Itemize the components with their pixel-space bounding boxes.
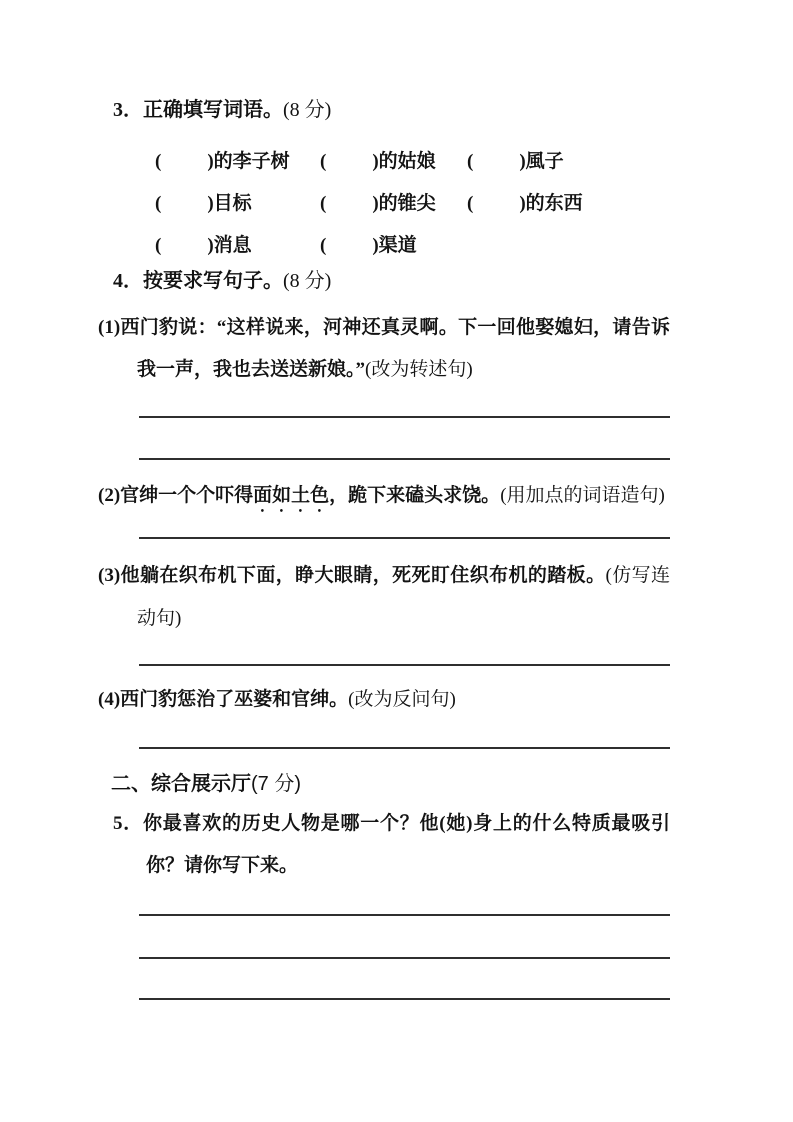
question-5-line1: 5．你最喜欢的历史人物是哪一个？他(她)身上的什么特质最吸引	[113, 811, 670, 837]
section-2-heading: 二、综合展示厅(7 分)	[111, 771, 301, 797]
sentence-text: (4)西门豹惩治了巫婆和官绅。	[98, 689, 348, 710]
paren-open: (	[467, 193, 473, 214]
sentence-text: (1)西门豹说：“这样说来，河神还真灵啊。下一回他娶媳妇，请告诉	[98, 317, 670, 338]
answer-blank-line	[139, 537, 670, 539]
fill-blank-cell: ()的李子树	[155, 149, 290, 175]
question-4-heading: 4．按要求写句子。(8 分)	[113, 268, 331, 294]
instruction-note: 动句)	[137, 608, 181, 629]
answer-blank-line	[139, 747, 670, 749]
fill-label: )渠道	[372, 235, 416, 256]
paren-open: (	[320, 193, 326, 214]
fill-blank-cell: ()風子	[467, 149, 564, 175]
fill-label: )的李子树	[207, 151, 289, 172]
q4-item3-line1: (3)他躺在织布机下面，睁大眼睛，死死盯住织布机的踏板。(仿写连	[98, 563, 670, 589]
fill-blank-cell: ()的姑娘	[320, 149, 436, 175]
paren-open: (	[467, 151, 473, 172]
sentence-text: (3)他躺在织布机下面，睁大眼睛，死死盯住织布机的踏板。	[98, 565, 605, 586]
paren-open: (	[155, 151, 161, 172]
question-5-number: 5．	[113, 813, 143, 834]
paren-open: (	[320, 151, 326, 172]
sentence-text: ，跪下来磕头求饶。	[329, 485, 500, 506]
q4-item3-line2: 动句)	[137, 606, 181, 632]
question-3-heading: 3．正确填写词语。(8 分)	[113, 97, 331, 123]
question-4-score: (8 分)	[283, 270, 331, 292]
answer-blank-line	[139, 957, 670, 959]
fill-label: )的姑娘	[372, 151, 435, 172]
sentence-text: 我一声，我也去送送新娘。”	[137, 359, 365, 380]
paren-open: (	[155, 193, 161, 214]
question-3-number: 3．	[113, 99, 143, 121]
fill-blank-cell: ()的锥尖	[320, 191, 436, 217]
question-3-title: 正确填写词语。	[143, 99, 283, 121]
fill-blank-cell: ()的东西	[467, 191, 583, 217]
answer-blank-line	[139, 914, 670, 916]
fill-blank-cell: ()目标	[155, 191, 252, 217]
section-2-title: 综合展示厅	[151, 773, 251, 795]
answer-blank-line	[139, 416, 670, 418]
instruction-note: (仿写连	[605, 565, 670, 586]
instruction-note: (改为转述句)	[365, 359, 473, 380]
fill-blank-cell: ()渠道	[320, 233, 417, 259]
emphasized-words: 面如土色	[253, 485, 329, 506]
fill-label: )風子	[519, 151, 563, 172]
question-4-number: 4．	[113, 270, 143, 292]
q4-item1-line2: 我一声，我也去送送新娘。”(改为转述句)	[137, 357, 473, 383]
question-4-title: 按要求写句子。	[143, 270, 283, 292]
section-2-number: 二、	[111, 773, 151, 795]
fill-label: )消息	[207, 235, 251, 256]
q4-item1-line1: (1)西门豹说：“这样说来，河神还真灵啊。下一回他娶媳妇，请告诉	[98, 315, 670, 341]
sentence-text: (2)官绅一个个吓得	[98, 485, 253, 506]
paren-open: (	[155, 235, 161, 256]
question-3-score: (8 分)	[283, 99, 331, 121]
q4-item4-line: (4)西门豹惩治了巫婆和官绅。(改为反问句)	[98, 687, 456, 713]
section-2-score: (7 分)	[251, 773, 301, 795]
fill-blank-cell: ()消息	[155, 233, 252, 259]
question-5-text: 你最喜欢的历史人物是哪一个？他(她)身上的什么特质最吸引	[143, 813, 670, 834]
fill-label: )的锥尖	[372, 193, 435, 214]
question-5-line2: 你？请你写下来。	[146, 853, 298, 879]
instruction-note: (改为反问句)	[348, 689, 456, 710]
fill-label: )目标	[207, 193, 251, 214]
question-5-text: 你？请你写下来。	[146, 855, 298, 876]
worksheet-page: 3．正确填写词语。(8 分) ()的李子树 ()的姑娘 ()風子 ()目标 ()…	[0, 0, 793, 1122]
q4-item2-line: (2)官绅一个个吓得面如土色，跪下来磕头求饶。(用加点的词语造句)	[98, 483, 665, 517]
answer-blank-line	[139, 664, 670, 666]
instruction-note: (用加点的词语造句)	[500, 485, 665, 506]
paren-open: (	[320, 235, 326, 256]
answer-blank-line	[139, 998, 670, 1000]
fill-label: )的东西	[519, 193, 582, 214]
answer-blank-line	[139, 458, 670, 460]
